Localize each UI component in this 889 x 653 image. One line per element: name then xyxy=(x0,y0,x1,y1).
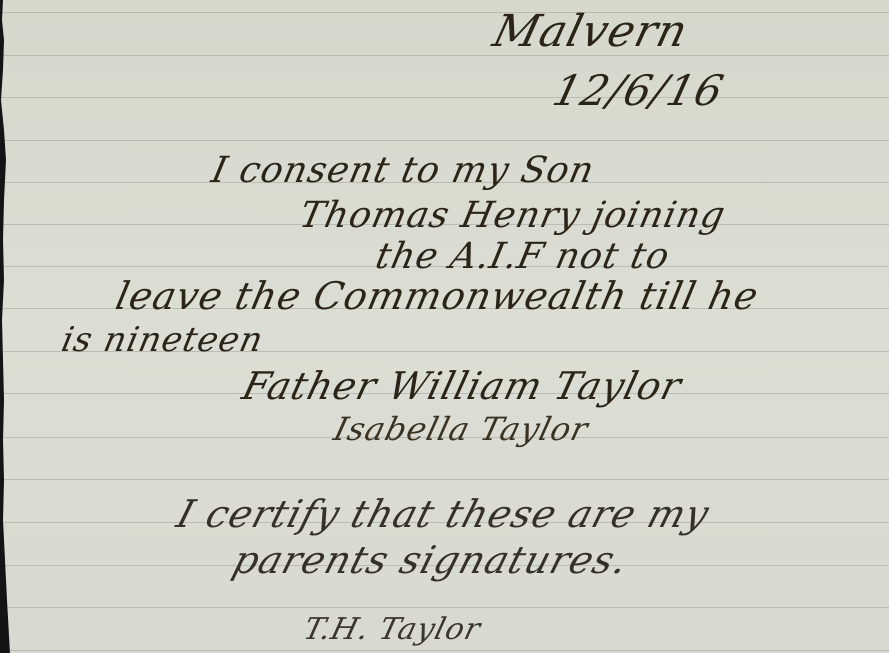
body-line-1: I consent to my Son xyxy=(208,150,598,191)
son-signature: T.H. Taylor xyxy=(300,612,485,647)
body-line-4: leave the Commonwealth till he xyxy=(112,274,763,318)
body-line-5: is nineteen xyxy=(58,320,267,360)
body-line-3: the A.I.F not to xyxy=(372,236,674,277)
torn-left-edge xyxy=(0,0,10,653)
rule-line xyxy=(0,479,889,480)
rule-line xyxy=(0,55,889,56)
rule-line xyxy=(0,140,889,141)
rule-line xyxy=(0,650,889,651)
rule-line xyxy=(0,12,889,13)
father-signature: Father William Taylor xyxy=(238,364,686,408)
rule-line xyxy=(0,607,889,608)
mother-signature: Isabella Taylor xyxy=(330,410,593,448)
rule-line xyxy=(0,97,889,98)
letter-place: Malvern xyxy=(488,6,693,57)
body-line-2: Thomas Henry joining xyxy=(296,195,729,236)
letter-page: Malvern 12/6/16 I consent to my Son Thom… xyxy=(0,0,889,653)
certification-line-1: I certify that these are my xyxy=(172,492,715,536)
certification-line-2: parents signatures. xyxy=(228,538,634,582)
letter-date: 12/6/16 xyxy=(548,66,729,115)
